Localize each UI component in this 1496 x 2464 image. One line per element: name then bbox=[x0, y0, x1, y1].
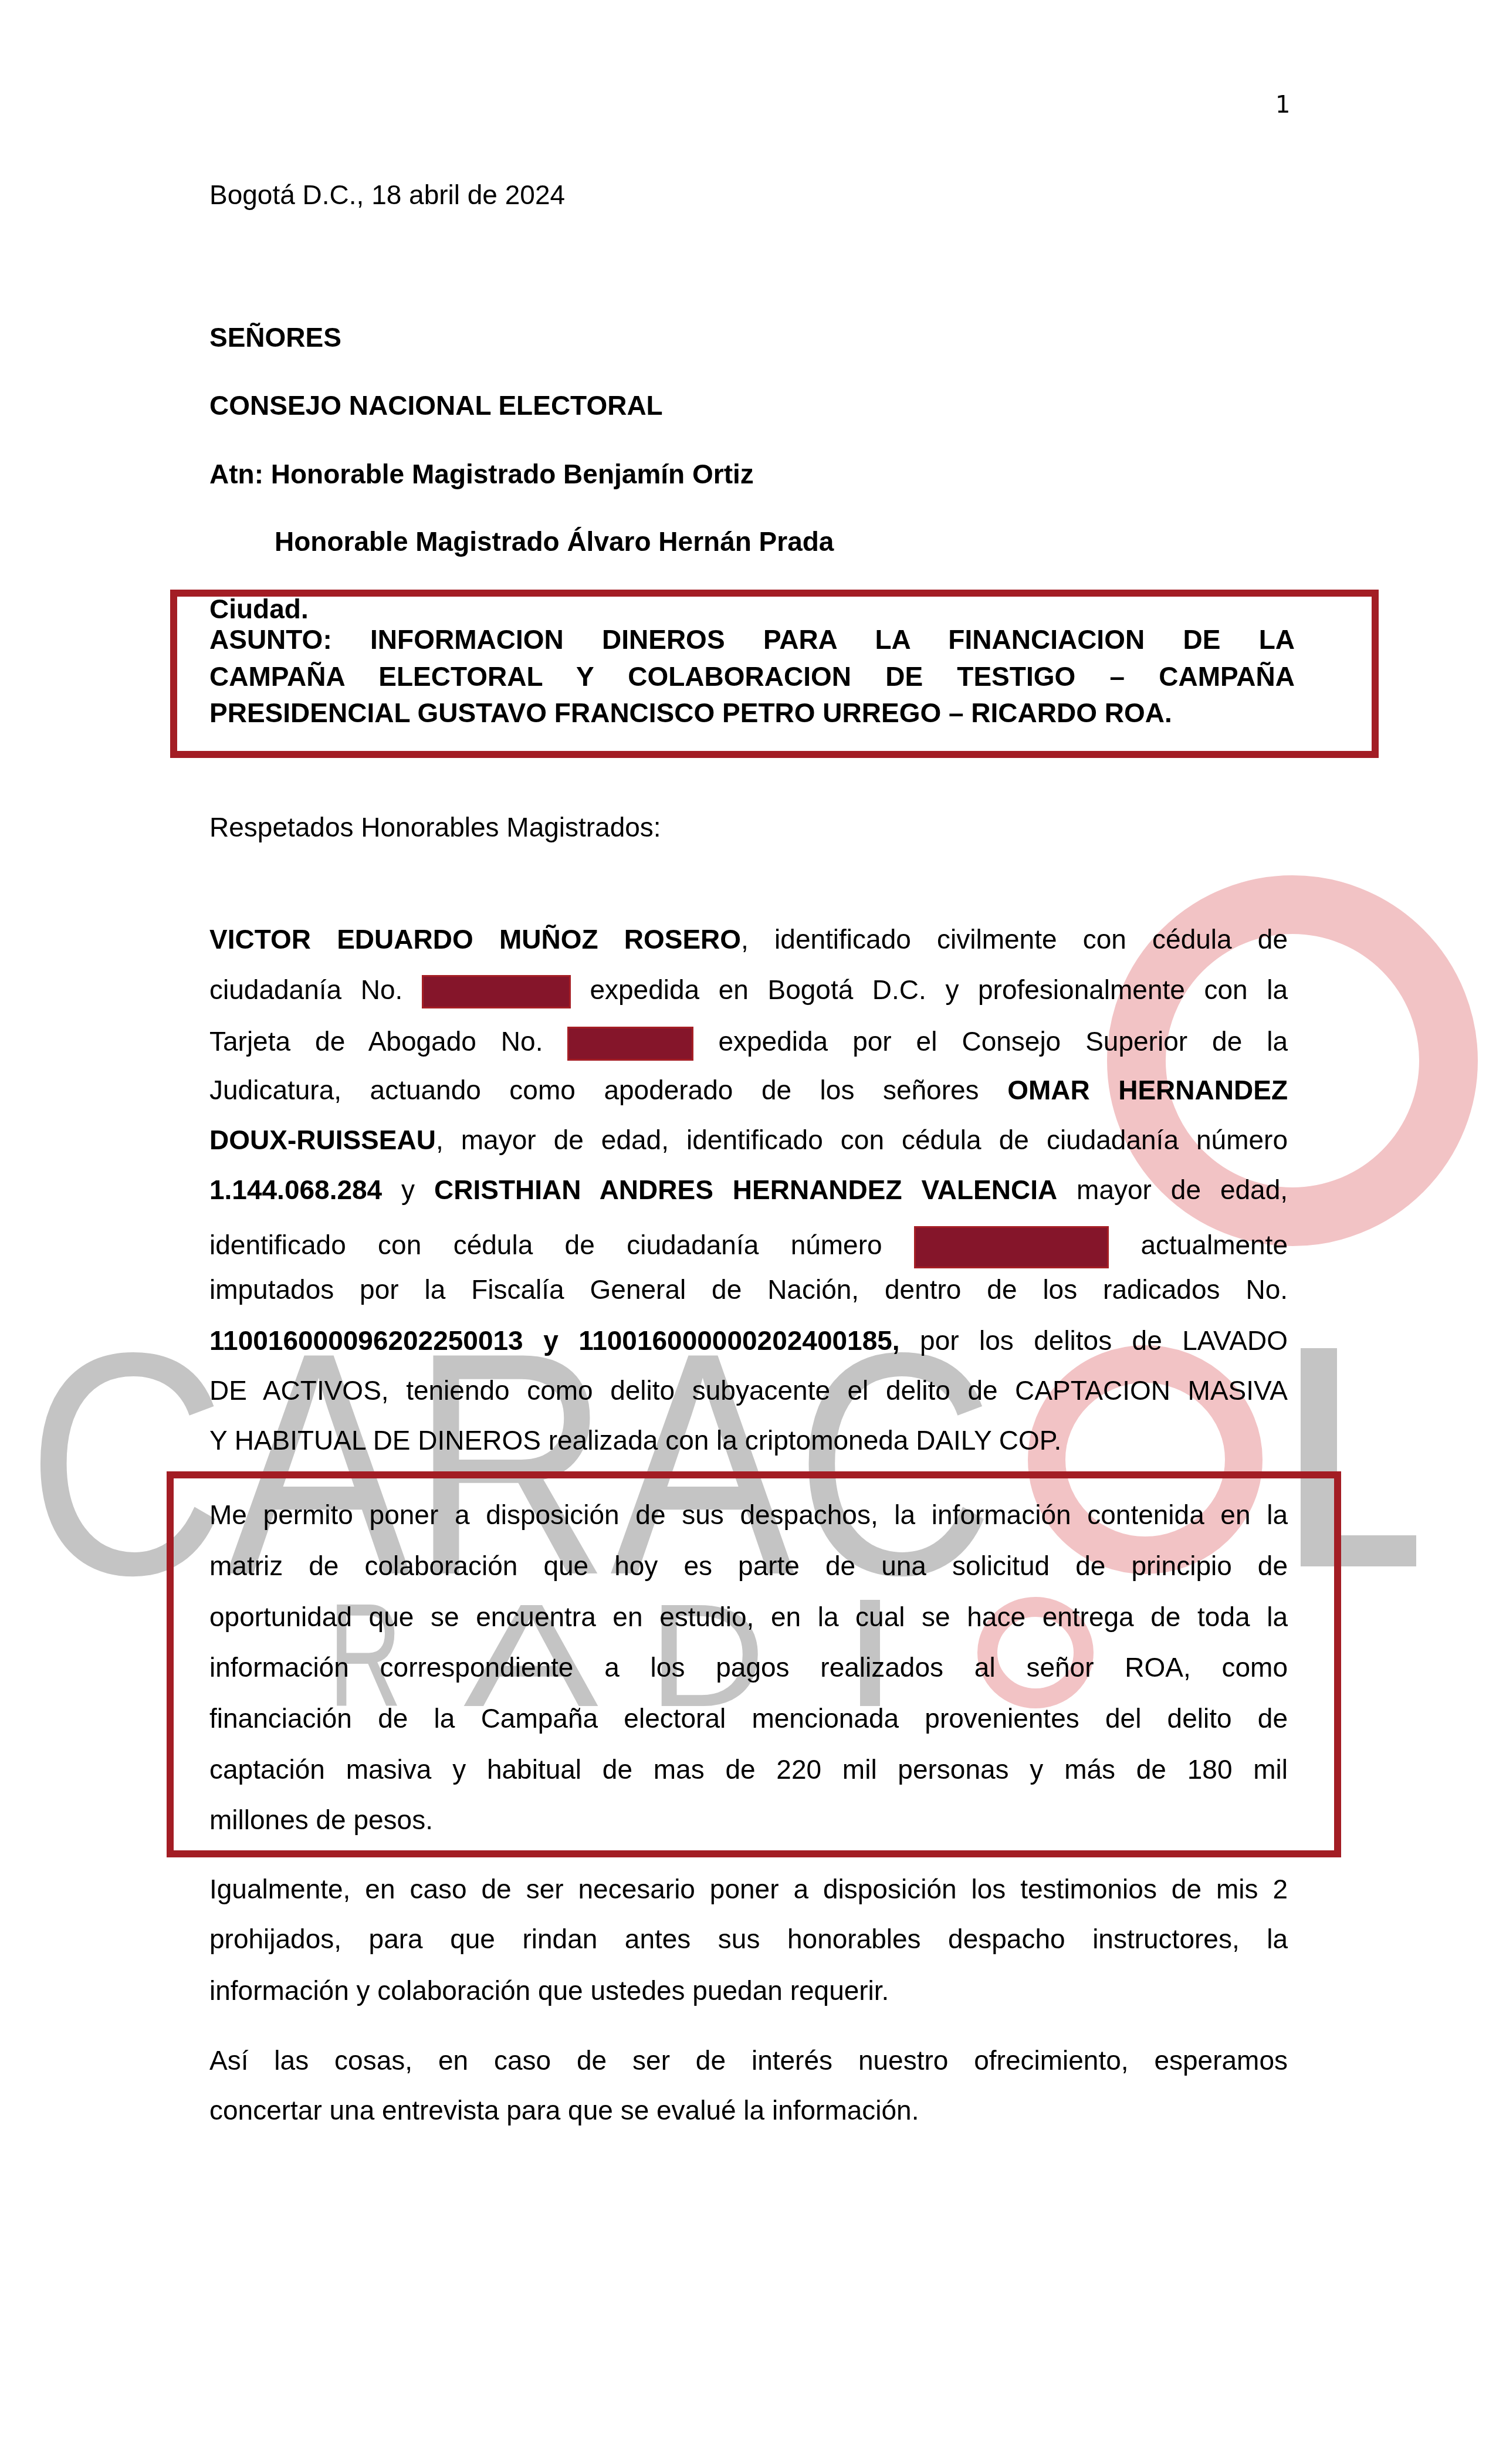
paragraph-1-line-8: imputados por la Fiscalía General de Nac… bbox=[209, 1276, 1288, 1303]
paragraph-2-line-4: información correspondiente a los pagos … bbox=[209, 1654, 1288, 1681]
paragraph-2-line-5: financiación de la Campaña electoral men… bbox=[209, 1705, 1288, 1732]
salutation: Respetados Honorables Magistrados: bbox=[209, 814, 661, 841]
addressee-attention-2: Honorable Magistrado Álvaro Hernán Prada bbox=[275, 528, 834, 555]
paragraph-2-line-6: captación masiva y habitual de mas de 22… bbox=[209, 1756, 1288, 1783]
paragraph-2-line-7: millones de pesos. bbox=[209, 1806, 433, 1833]
paragraph-2-line-1: Me permito poner a disposición de sus de… bbox=[209, 1501, 1288, 1528]
client-name-1-cont: DOUX-RUISSEAU bbox=[209, 1125, 436, 1155]
text-span: mayor de edad, bbox=[1057, 1175, 1288, 1205]
document-page: CARAC R A D 1 Bogotá D.C., 18 abril de 2… bbox=[0, 0, 1496, 2464]
client-name-1: OMAR HERNANDEZ bbox=[1007, 1075, 1288, 1105]
client-1-id: 1.144.068.284 bbox=[209, 1175, 382, 1205]
text-span: por los delitos de LAVADO bbox=[900, 1325, 1288, 1356]
case-numbers: 110016000096202250013 y 1100160000002024… bbox=[209, 1325, 900, 1356]
paragraph-1-line-9: 110016000096202250013 y 1100160000002024… bbox=[209, 1327, 1288, 1354]
paragraph-4-line-1: Así las cosas, en caso de ser de interés… bbox=[209, 2047, 1288, 2074]
text-span: expedida por el Consejo Superior de la bbox=[718, 1026, 1288, 1057]
addressee-organization: CONSEJO NACIONAL ELECTORAL bbox=[209, 392, 663, 419]
paragraph-3-line-3: información y colaboración que ustedes p… bbox=[209, 1977, 889, 2004]
paragraph-1-line-5: DOUX-RUISSEAU, mayor de edad, identifica… bbox=[209, 1126, 1288, 1153]
paragraph-1-line-7: identificado con cédula de ciudadanía nú… bbox=[209, 1226, 1288, 1268]
text-span: expedida en Bogotá D.C. y profesionalmen… bbox=[590, 974, 1288, 1005]
paragraph-1-line-2: ciudadanía No. expedida en Bogotá D.C. y… bbox=[209, 975, 1288, 1008]
paragraph-4-line-2: concertar una entrevista para que se eva… bbox=[209, 2097, 919, 2124]
addressee-senores: SEÑORES bbox=[209, 324, 341, 351]
subject-line-1: ASUNTO: INFORMACION DINEROS PARA LA FINA… bbox=[209, 626, 1295, 653]
text-span: y bbox=[382, 1175, 434, 1205]
text-span: , identificado civilmente con cédula de bbox=[741, 924, 1288, 955]
text-span: ciudadanía No. bbox=[209, 974, 402, 1005]
paragraph-1-line-6: 1.144.068.284 y CRISTHIAN ANDRES HERNAND… bbox=[209, 1176, 1288, 1203]
redaction-client-2-id bbox=[914, 1226, 1109, 1268]
text-span: Tarjeta de Abogado No. bbox=[209, 1026, 543, 1057]
text-span: identificado con cédula de ciudadanía nú… bbox=[209, 1230, 882, 1260]
page-number: 1 bbox=[1275, 92, 1290, 119]
redaction-lawyer-card bbox=[567, 1027, 693, 1061]
text-span: actualmente bbox=[1140, 1230, 1288, 1260]
addressee-city: Ciudad. bbox=[209, 595, 309, 622]
lawyer-name: VICTOR EDUARDO MUÑOZ ROSERO bbox=[209, 924, 741, 955]
text-span: , mayor de edad, identificado con cédula… bbox=[436, 1125, 1288, 1155]
redaction-id-number bbox=[422, 975, 571, 1008]
date-line: Bogotá D.C., 18 abril de 2024 bbox=[209, 181, 565, 208]
paragraph-1-line-11: Y HABITUAL DE DINEROS realizada con la c… bbox=[209, 1427, 1061, 1454]
paragraph-2-line-3: oportunidad que se encuentra en estudio,… bbox=[209, 1603, 1288, 1630]
paragraph-3-line-2: prohijados, para que rindan antes sus ho… bbox=[209, 1925, 1288, 1952]
text-span: Judicatura, actuando como apoderado de l… bbox=[209, 1075, 1007, 1105]
paragraph-1-line-10: DE ACTIVOS, teniendo como delito subyace… bbox=[209, 1377, 1288, 1404]
paragraph-3-line-1: Igualmente, en caso de ser necesario pon… bbox=[209, 1876, 1288, 1903]
paragraph-2-line-2: matriz de colaboración que hoy es parte … bbox=[209, 1552, 1288, 1579]
paragraph-1-line-1: VICTOR EDUARDO MUÑOZ ROSERO, identificad… bbox=[209, 926, 1288, 953]
paragraph-1-line-3: Tarjeta de Abogado No. expedida por el C… bbox=[209, 1027, 1288, 1061]
paragraph-1-line-4: Judicatura, actuando como apoderado de l… bbox=[209, 1077, 1288, 1104]
client-name-2: CRISTHIAN ANDRES HERNANDEZ VALENCIA bbox=[434, 1175, 1057, 1205]
subject-line-3: PRESIDENCIAL GUSTAVO FRANCISCO PETRO URR… bbox=[209, 699, 1172, 726]
subject-line-2: CAMPAÑA ELECTORAL Y COLABORACION DE TEST… bbox=[209, 663, 1295, 690]
addressee-attention-1: Atn: Honorable Magistrado Benjamín Ortiz bbox=[209, 461, 754, 488]
